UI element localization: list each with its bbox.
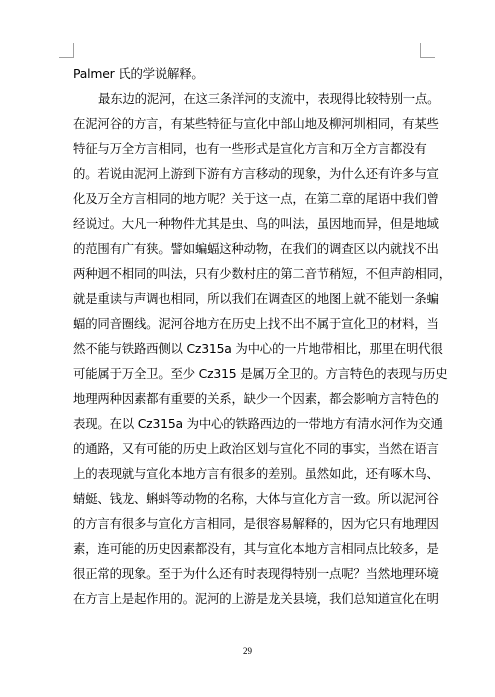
text-line: 在方言上是起作用的。泥河的上游是龙关县境，我们总知道宣化在明 — [73, 586, 435, 611]
text-line: 然不能与铁路西侧以 Cz315a 为中心的一片地带相比，那里在明代很 — [73, 336, 435, 361]
text-line: 化及万全方言相同的地方呢？关于这一点，在第二章的尾语中我们曾 — [73, 186, 435, 211]
text-line: 蜻蜓、钱龙、蝌蚪等动物的名称，大体与宣化方言一致。所以泥河谷 — [73, 486, 435, 511]
text-line: 在泥河谷的方言，有某些特征与宣化中部山地及柳河圳相同，有某些 — [73, 111, 435, 136]
text-line: Palmer 氏的学说解释。 — [73, 61, 435, 86]
margin-corner-top-right — [420, 43, 435, 58]
text-line: 蝠的同音圈线。泥河谷地方在历史上找不出不属于宣化卫的材料，当 — [73, 311, 435, 336]
text-line: 的。若说由泥河上游到下游有方言移动的现象，为什么还有许多与宣 — [73, 161, 435, 186]
text-line: 可能属于万全卫。至少 Cz315 是属万全卫的。方言特色的表现与历史 — [73, 361, 435, 386]
text-line: 地理两种因素都有重要的关系，缺少一个因素，都会影响方言特色的 — [73, 386, 435, 411]
text-line: 经说过。大凡一种物件尤其是虫、鸟的叫法，虽因地而异，但是地域 — [73, 211, 435, 236]
text-line: 素，连可能的历史因素都没有，其与宣化本地方言相同点比较多，是 — [73, 536, 435, 561]
page-number: 29 — [0, 646, 495, 656]
text-line: 的通路，又有可能的历史上政治区划与宣化不同的事实，当然在语言 — [73, 436, 435, 461]
text-line: 最东边的泥河，在这三条洋河的支流中，表现得比较特别一点。 — [73, 86, 435, 111]
page-body: Palmer 氏的学说解释。最东边的泥河，在这三条洋河的支流中，表现得比较特别一… — [73, 61, 435, 611]
text-line: 特征与万全方言相同，也有一些形式是宣化方言和万全方言都没有 — [73, 136, 435, 161]
text-line: 就是重读与声调也相同，所以我们在调查区的地图上就不能划一条蝙 — [73, 286, 435, 311]
text-line: 表现。在以 Cz315a 为中心的铁路西边的一带地方有清水河作为交通 — [73, 411, 435, 436]
text-line: 的范围有广有狭。譬如蝙蝠这种动物，在我们的调查区以内就找不出 — [73, 236, 435, 261]
text-line: 的方言有很多与宣化方言相同，是很容易解释的，因为它只有地理因 — [73, 511, 435, 536]
text-line: 上的表现就与宣化本地方言有很多的差别。虽然如此，还有啄木鸟、 — [73, 461, 435, 486]
margin-corner-top-left — [59, 43, 74, 58]
text-line: 很正常的现象。至于为什么还有时表现得特别一点呢？当然地理环境 — [73, 561, 435, 586]
text-line: 两种迥不相同的叫法，只有少数村庄的第二音节稍短，不但声韵相同， — [73, 261, 435, 286]
